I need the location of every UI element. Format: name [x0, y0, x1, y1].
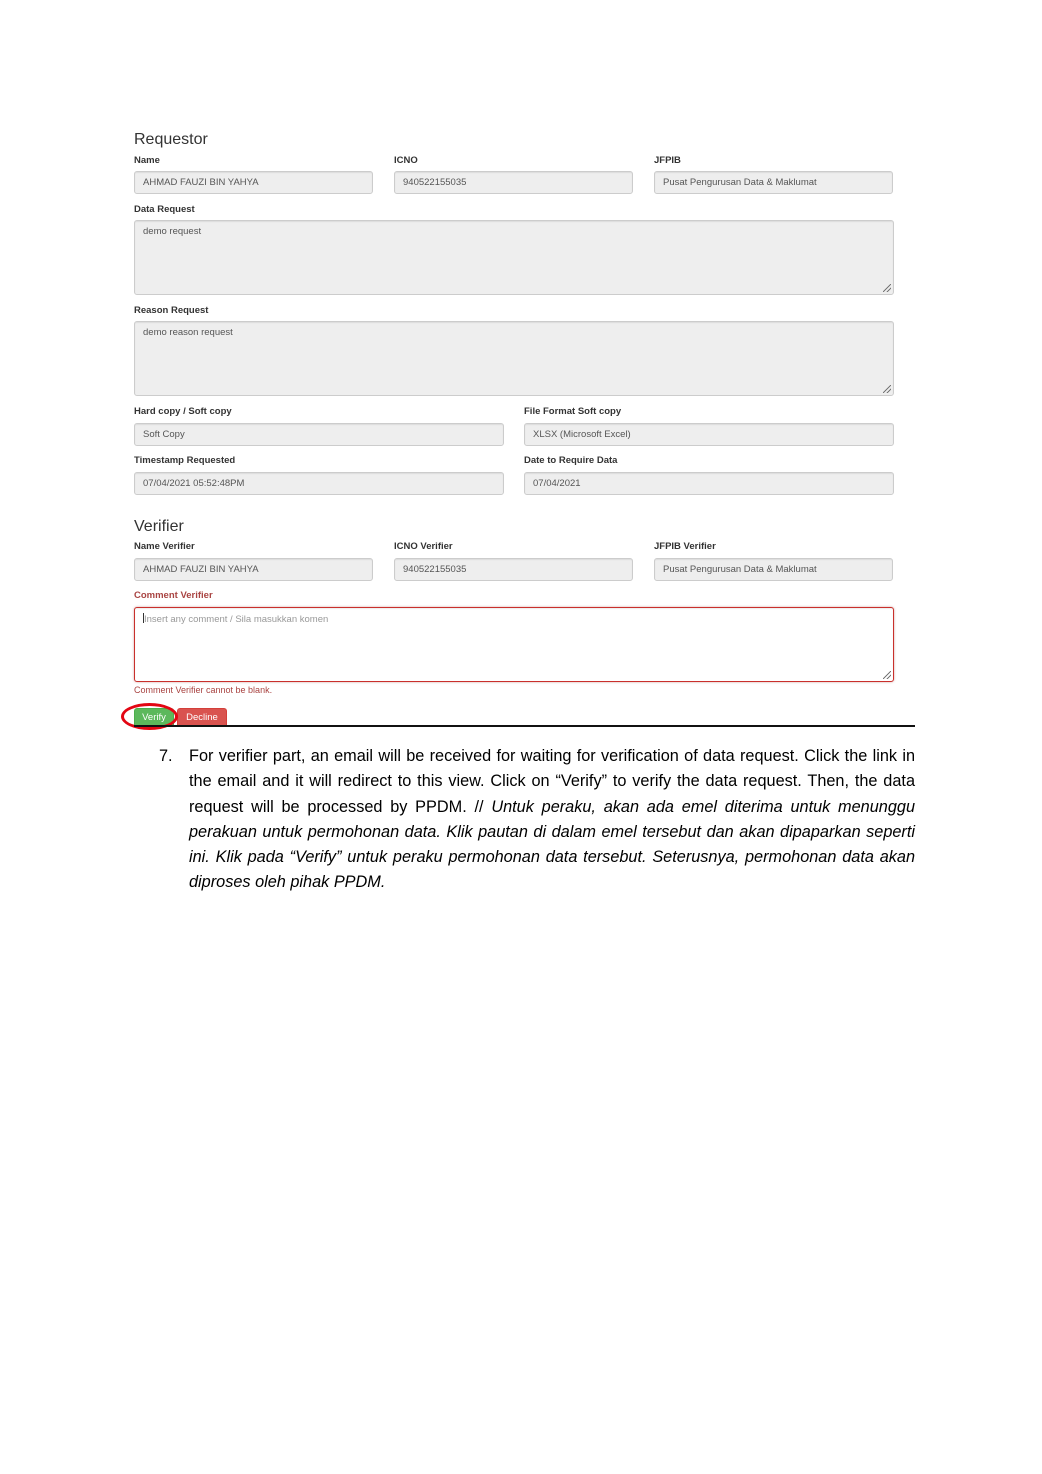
data-request-textarea[interactable]: demo request — [134, 220, 894, 295]
step-number: 7. — [159, 744, 173, 769]
timestamp-label: Timestamp Requested — [134, 456, 235, 466]
verifier-icno-field[interactable]: 940522155035 — [394, 558, 633, 581]
date-require-label: Date to Require Data — [524, 456, 617, 466]
reason-request-value: demo reason request — [143, 327, 233, 338]
step-body: For verifier part, an email will be rece… — [189, 744, 915, 896]
requestor-icno-label: ICNO — [394, 156, 418, 166]
data-request-value: demo request — [143, 226, 201, 237]
resize-handle-icon[interactable] — [883, 385, 891, 393]
requestor-section-title: Requestor — [134, 132, 208, 148]
verifier-jfpib-label: JFPIB Verifier — [654, 542, 716, 552]
requestor-jfpib-field[interactable]: Pusat Pengurusan Data & Maklumat — [654, 171, 893, 194]
requestor-jfpib-label: JFPIB — [654, 156, 681, 166]
requestor-icno-field[interactable]: 940522155035 — [394, 171, 633, 194]
reason-request-textarea[interactable]: demo reason request — [134, 321, 894, 396]
data-request-label: Data Request — [134, 205, 195, 215]
reason-request-label: Reason Request — [134, 306, 208, 316]
requestor-name-label: Name — [134, 156, 160, 166]
file-format-label: File Format Soft copy — [524, 407, 621, 417]
verifier-jfpib-field[interactable]: Pusat Pengurusan Data & Maklumat — [654, 558, 893, 581]
comment-verifier-label: Comment Verifier — [134, 591, 213, 601]
verifier-section-title: Verifier — [134, 519, 184, 535]
instruction-step: 7. For verifier part, an email will be r… — [159, 744, 915, 896]
date-require-field[interactable]: 07/04/2021 — [524, 472, 894, 495]
comment-verifier-error: Comment Verifier cannot be blank. — [134, 686, 272, 695]
copy-type-field[interactable]: Soft Copy — [134, 423, 504, 446]
verifier-icno-label: ICNO Verifier — [394, 542, 453, 552]
decline-button[interactable]: Decline — [177, 708, 227, 726]
copy-type-label: Hard copy / Soft copy — [134, 407, 232, 417]
verifier-name-field[interactable]: AHMAD FAUZI BIN YAHYA — [134, 558, 373, 581]
verify-button[interactable]: Verify — [134, 708, 174, 726]
resize-handle-icon[interactable] — [883, 284, 891, 292]
comment-verifier-textarea[interactable]: Insert any comment / Sila masukkan komen — [134, 607, 894, 682]
file-format-field[interactable]: XLSX (Microsoft Excel) — [524, 423, 894, 446]
timestamp-field[interactable]: 07/04/2021 05:52:48PM — [134, 472, 504, 495]
divider-line — [134, 725, 915, 727]
verifier-name-label: Name Verifier — [134, 542, 195, 552]
comment-verifier-placeholder: Insert any comment / Sila masukkan komen — [144, 614, 328, 625]
resize-handle-icon[interactable] — [883, 671, 891, 679]
requestor-name-field[interactable]: AHMAD FAUZI BIN YAHYA — [134, 171, 373, 194]
